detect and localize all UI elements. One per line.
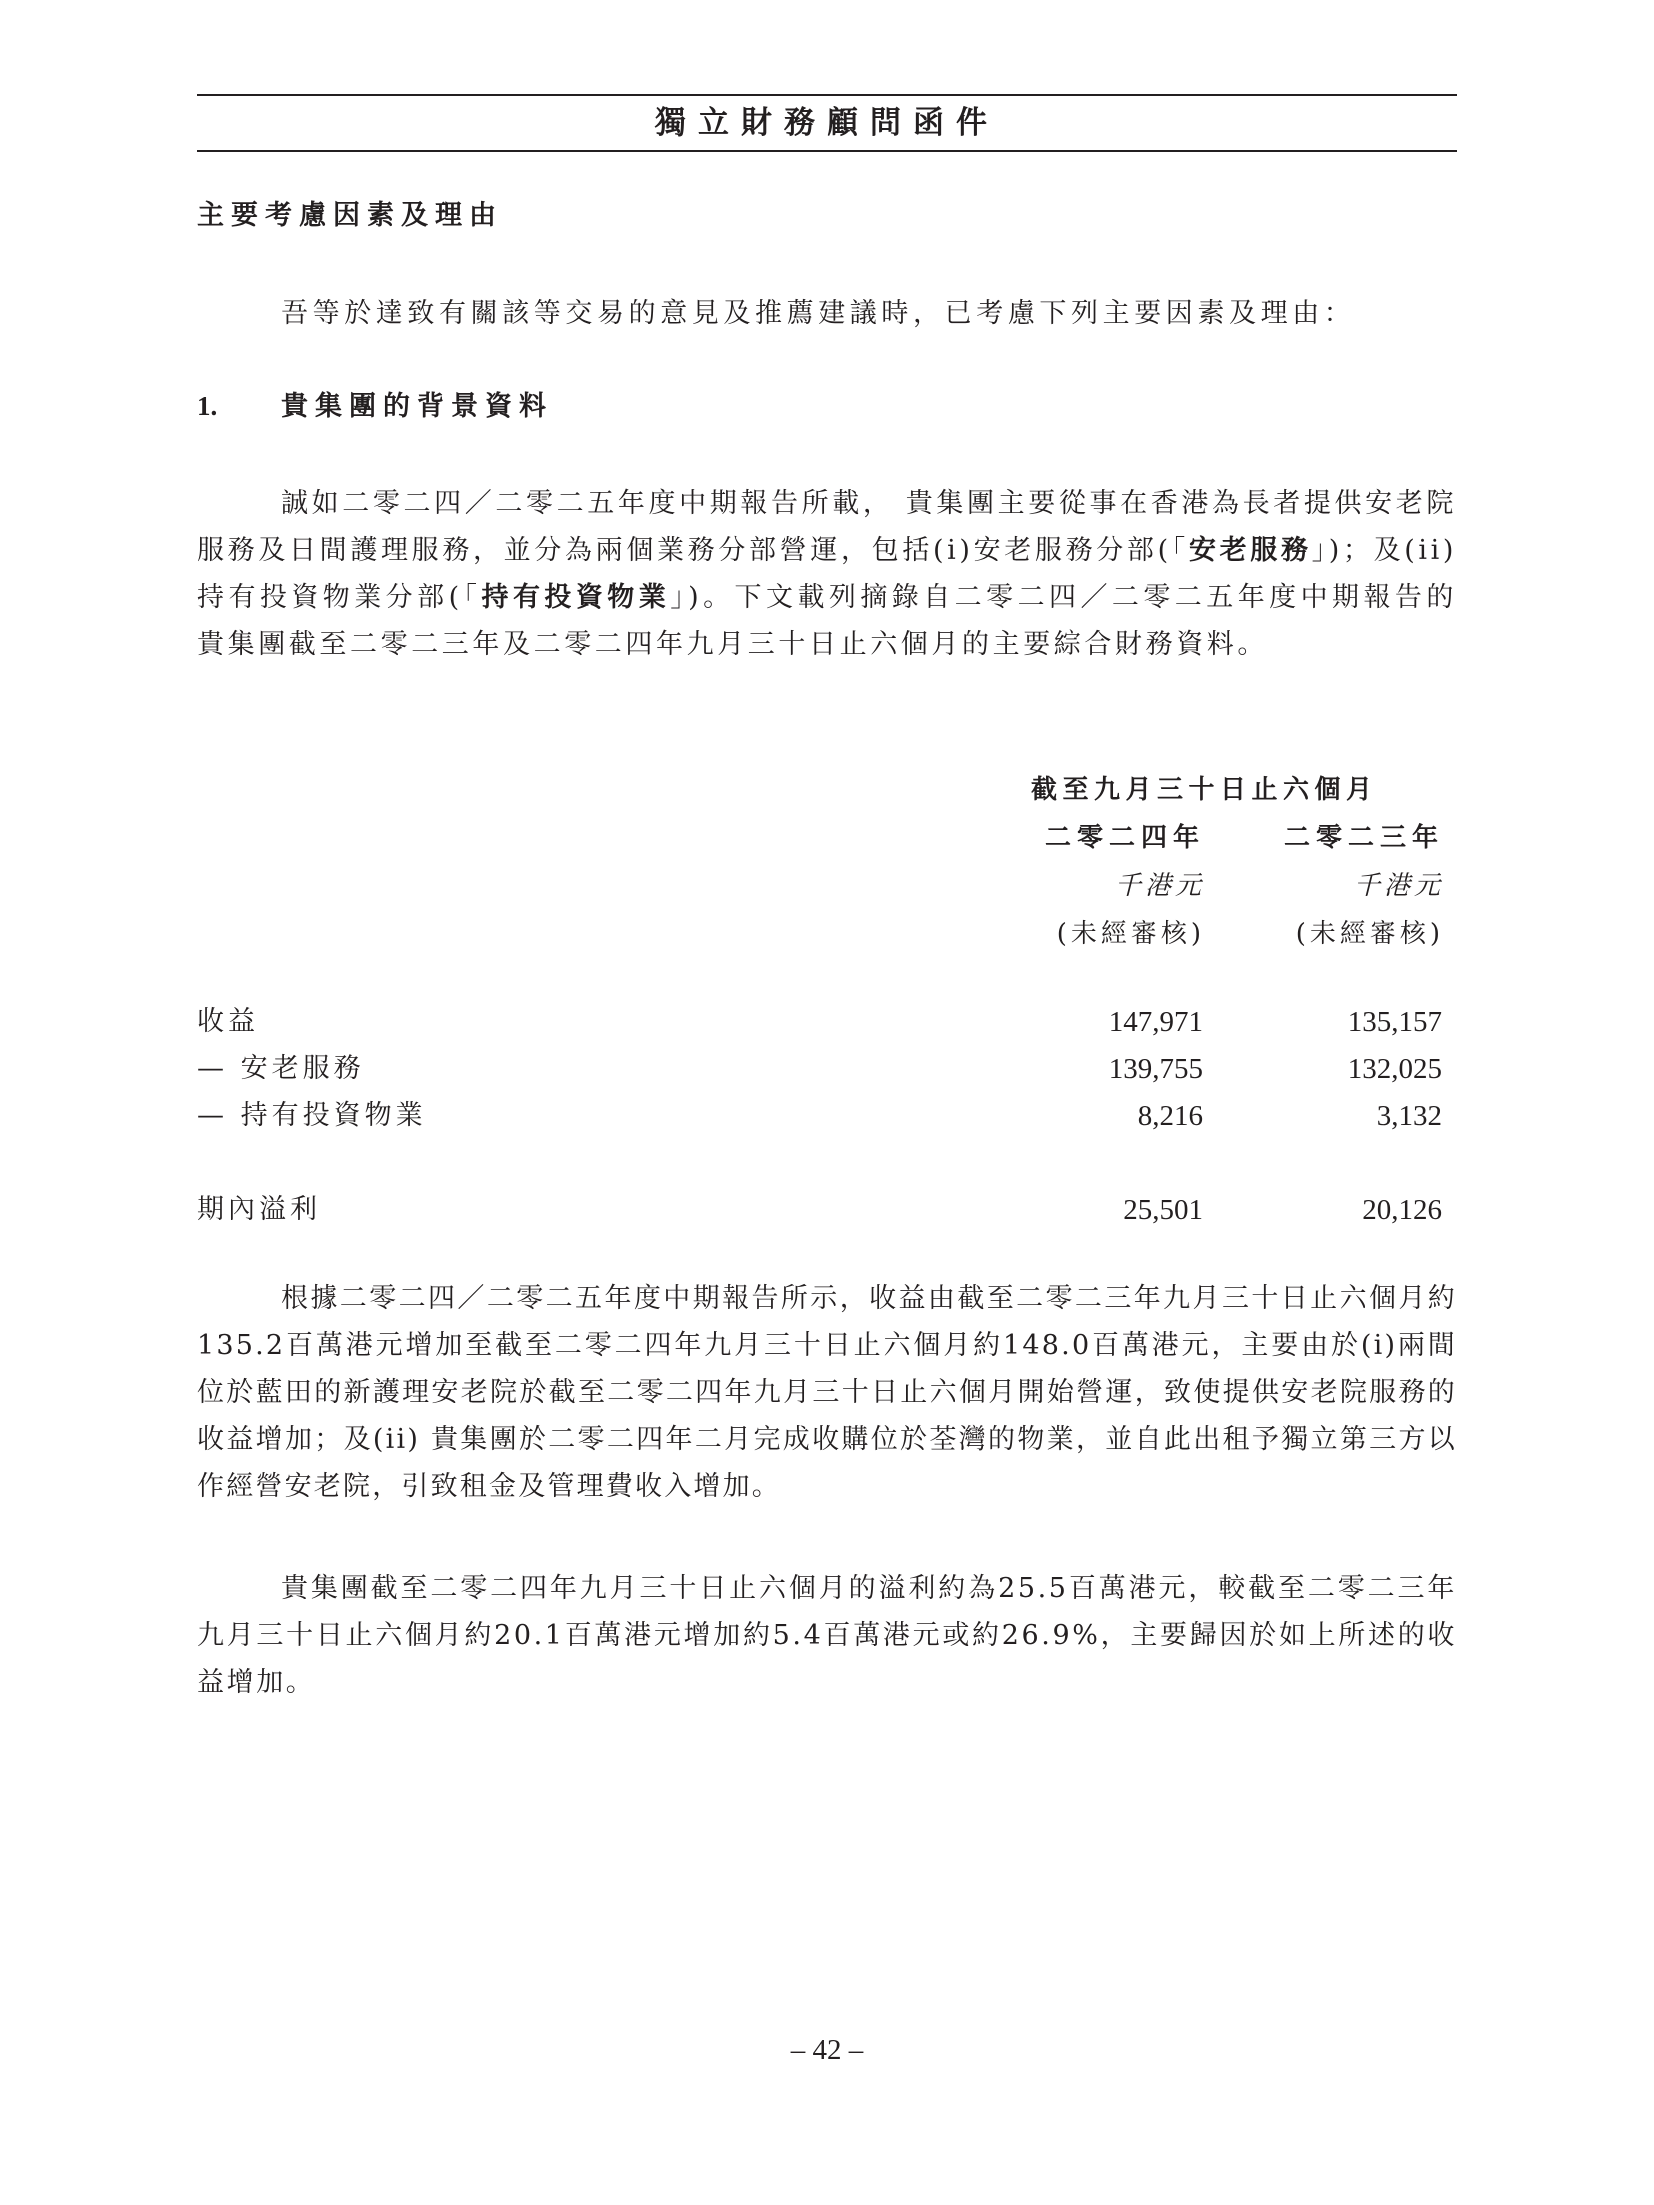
row-label: — 持有投資物業 [197,1096,427,1136]
value-2024: 8,216 [1138,1096,1203,1136]
column-audit-2024: (未經審核) [1057,914,1205,954]
intro-paragraph: 吾等於達致有關該等交易的意見及推薦建議時，已考慮下列主要因素及理由： [197,290,1457,337]
row-label: 期內溢利 [197,1190,321,1230]
column-audit-2023: (未經審核) [1296,914,1444,954]
column-unit-2024: 千港元 [1115,866,1205,906]
table-row: — 安老服務 139,755 132,025 [197,1049,1457,1089]
column-header-2024: 二零二四年 [1045,818,1205,858]
table-row: — 持有投資物業 8,216 3,132 [197,1096,1457,1136]
header-top-rule [197,94,1457,96]
table-row: 期內溢利 25,501 20,126 [197,1190,1457,1230]
running-title: 獨立財務顧問函件 [197,100,1457,146]
value-2023: 3,132 [1377,1096,1442,1136]
period-heading: 截至九月三十日止六個月 [1031,770,1378,810]
subsection-title: 貴集團的背景資料 [281,391,553,422]
value-2024: 147,971 [1109,1002,1203,1042]
value-2024: 139,755 [1109,1049,1203,1089]
background-paragraph: 誠如二零二四／二零二五年度中期報告所載， 貴集團主要從事在香港為長者提供安老院服… [197,480,1457,668]
row-label: 收益 [197,1002,259,1042]
value-2024: 25,501 [1123,1190,1203,1230]
table-row: 收益 147,971 135,157 [197,1002,1457,1042]
page-number: – 42 – [197,2030,1457,2070]
value-2023: 132,025 [1348,1049,1442,1089]
document-page: 獨立財務顧問函件 主要考慮因素及理由 吾等於達致有關該等交易的意見及推薦建議時，… [197,0,1457,2205]
header-bottom-rule [197,150,1457,152]
profit-analysis-paragraph: 貴集團截至二零二四年九月三十日止六個月的溢利約為25.5百萬港元，較截至二零二三… [197,1565,1457,1706]
column-header-2023: 二零二三年 [1284,818,1444,858]
subsection-heading: 1.貴集團的背景資料 [197,386,553,427]
defined-term-elderly-services: 安老服務 [1189,535,1312,566]
defined-term-investment-property: 持有投資物業 [482,582,671,613]
section-heading: 主要考慮因素及理由 [197,196,503,236]
subsection-number: 1. [197,386,281,426]
column-unit-2023: 千港元 [1354,866,1444,906]
revenue-analysis-paragraph: 根據二零二四／二零二五年度中期報告所示，收益由截至二零二三年九月三十日止六個月約… [197,1275,1457,1510]
row-label: — 安老服務 [197,1049,365,1089]
value-2023: 20,126 [1362,1190,1442,1230]
value-2023: 135,157 [1348,1002,1442,1042]
